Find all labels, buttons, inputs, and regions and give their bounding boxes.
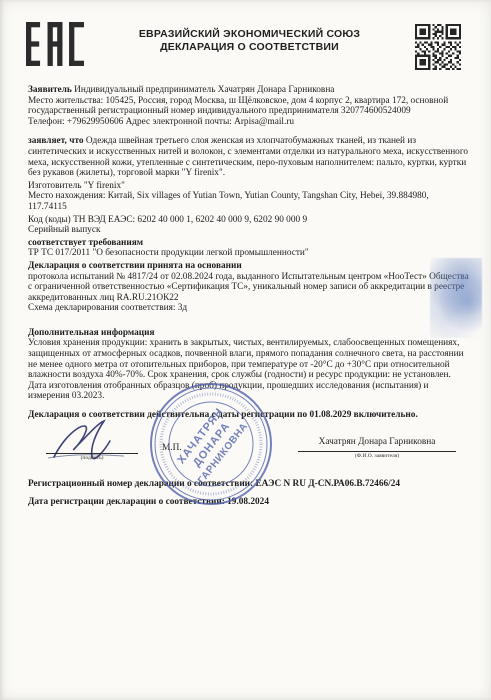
registration-number-label: Регистрационный номер декларации о соотв… [28, 479, 253, 489]
title-union: ЕВРАЗИЙСКИЙ ЭКОНОМИЧЕСКИЙ СОЮЗ [84, 28, 415, 41]
applicant-paragraph: Заявитель Индивидуальный предприниматель… [28, 85, 469, 96]
document-header: ЕВРАЗИЙСКИЙ ЭКОНОМИЧЕСКИЙ СОЮЗ ДЕКЛАРАЦИ… [0, 0, 491, 70]
fio-caption: (Ф.И.О. заявителя) [298, 453, 456, 459]
additional-info-label: Дополнительная информация [28, 328, 469, 339]
registration-number: ЕАЭС N RU Д-CN.РА06.В.72466/24 [255, 479, 400, 489]
signature-row: (подпись) М.П. Хачатрян Донара Гарниковн… [28, 425, 469, 475]
fio-line: (Ф.И.О. заявителя) [298, 451, 456, 452]
seal-place-label: М.П. [162, 443, 182, 454]
registration-date: 19.08.2024 [227, 497, 269, 507]
applicant-address: Место жительства: 105425, Россия, город … [28, 96, 469, 117]
eac-mark-icon [26, 22, 84, 66]
title-declaration: ДЕКЛАРАЦИЯ О СООТВЕТСТВИИ [84, 41, 415, 54]
document-title: ЕВРАЗИЙСКИЙ ЭКОНОМИЧЕСКИЙ СОЮЗ ДЕКЛАРАЦИ… [84, 22, 415, 54]
declares-paragraph: заявляет, что Одежда швейная третьего сл… [28, 136, 469, 178]
compliance-regulation: ТР ТС 017/2011 "О безопасности продукции… [28, 248, 469, 259]
applicant-contacts: Телефон: +79629950606 Адрес электронной … [28, 117, 469, 128]
registration-date-label: Дата регистрации декларации о соответств… [28, 497, 225, 507]
manufacturer-line: Изготовитель "Y firenix" [28, 181, 469, 192]
declaration-document: ЕВРАЗИЙСКИЙ ЭКОНОМИЧЕСКИЙ СОЮЗ ДЕКЛАРАЦИ… [0, 0, 491, 700]
release-type: Серийный выпуск [28, 225, 469, 236]
additional-info-text: Условия хранения продукции: хранить в за… [28, 338, 469, 402]
product-description: Одежда швейная третьего слоя женская из … [28, 136, 468, 178]
applicant-label: Заявитель [28, 85, 72, 95]
applicant-fio: Хачатрян Донара Гарниковна [298, 437, 456, 448]
compliance-label: соответствует требованиям [28, 238, 469, 249]
applicant-name: Индивидуальный предприниматель Хачатрян … [74, 85, 334, 95]
tn-ved-codes: Код (коды) ТН ВЭД ЕАЭС: 6202 40 000 1, 6… [28, 215, 469, 226]
document-body: Заявитель Индивидуальный предприниматель… [0, 70, 491, 508]
applicant-fio-block: Хачатрян Донара Гарниковна (Ф.И.О. заяви… [298, 437, 456, 452]
basis-protocol: протокола испытаний № 4817/24 от 02.08.2… [28, 272, 469, 304]
declares-label: заявляет, что [28, 136, 84, 146]
registration-number-line: Регистрационный номер декларации о соотв… [28, 479, 469, 490]
qr-code-icon [415, 24, 461, 70]
signature-caption: (подпись) [46, 455, 138, 461]
handwritten-signature [46, 417, 156, 469]
signature-line: (подпись) [46, 453, 138, 454]
validity-statement: Декларация о соответствии действительна … [28, 410, 469, 421]
manufacturer-address: Место нахождения: Китай, Six villages of… [28, 191, 469, 212]
basis-label: Декларация о соответствии принята на осн… [28, 261, 469, 272]
basis-scheme: Схема декларирования соответствия: 3д [28, 303, 469, 314]
registration-date-line: Дата регистрации декларации о соответств… [28, 497, 469, 508]
